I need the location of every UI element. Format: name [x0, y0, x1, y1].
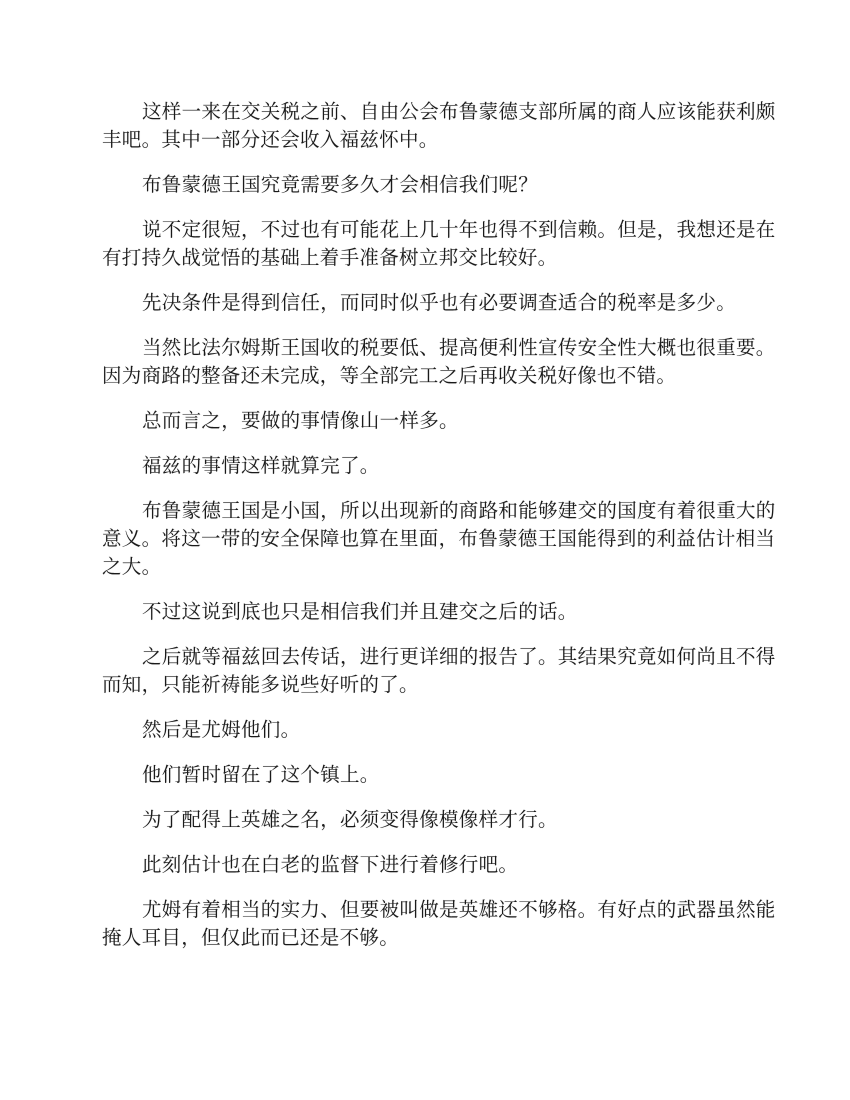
paragraph: 这样一来在交关税之前、自由公会布鲁蒙德支部所属的商人应该能获利颇丰吧。其中一部分…	[102, 98, 782, 154]
paragraph: 为了配得上英雄之名，必须变得像模像样才行。	[102, 806, 782, 834]
paragraph: 尤姆有着相当的实力、但要被叫做是英雄还不够格。有好点的武器虽然能掩人耳目，但仅此…	[102, 896, 782, 952]
document-page: 这样一来在交关税之前、自由公会布鲁蒙德支部所属的商人应该能获利颇丰吧。其中一部分…	[102, 98, 782, 969]
paragraph: 说不定很短，不过也有可能花上几十年也得不到信赖。但是，我想还是在有打持久战觉悟的…	[102, 216, 782, 272]
paragraph: 他们暂时留在了这个镇上。	[102, 761, 782, 789]
paragraph: 当然比法尔姆斯王国收的税要低、提高便利性宣传安全性大概也很重要。因为商路的整备还…	[102, 334, 782, 390]
paragraph: 布鲁蒙德王国是小国，所以出现新的商路和能够建交的国度有着很重大的意义。将这一带的…	[102, 497, 782, 581]
paragraph: 不过这说到底也只是相信我们并且建交之后的话。	[102, 598, 782, 626]
paragraph: 然后是尤姆他们。	[102, 716, 782, 744]
paragraph: 之后就等福兹回去传话，进行更详细的报告了。其结果究竟如何尚且不得而知，只能祈祷能…	[102, 643, 782, 699]
paragraph: 福兹的事情这样就算完了。	[102, 452, 782, 480]
paragraph: 总而言之，要做的事情像山一样多。	[102, 407, 782, 435]
paragraph: 此刻估计也在白老的监督下进行着修行吧。	[102, 851, 782, 879]
paragraph: 布鲁蒙德王国究竟需要多久才会相信我们呢？	[102, 171, 782, 199]
paragraph: 先决条件是得到信任，而同时似乎也有必要调查适合的税率是多少。	[102, 289, 782, 317]
